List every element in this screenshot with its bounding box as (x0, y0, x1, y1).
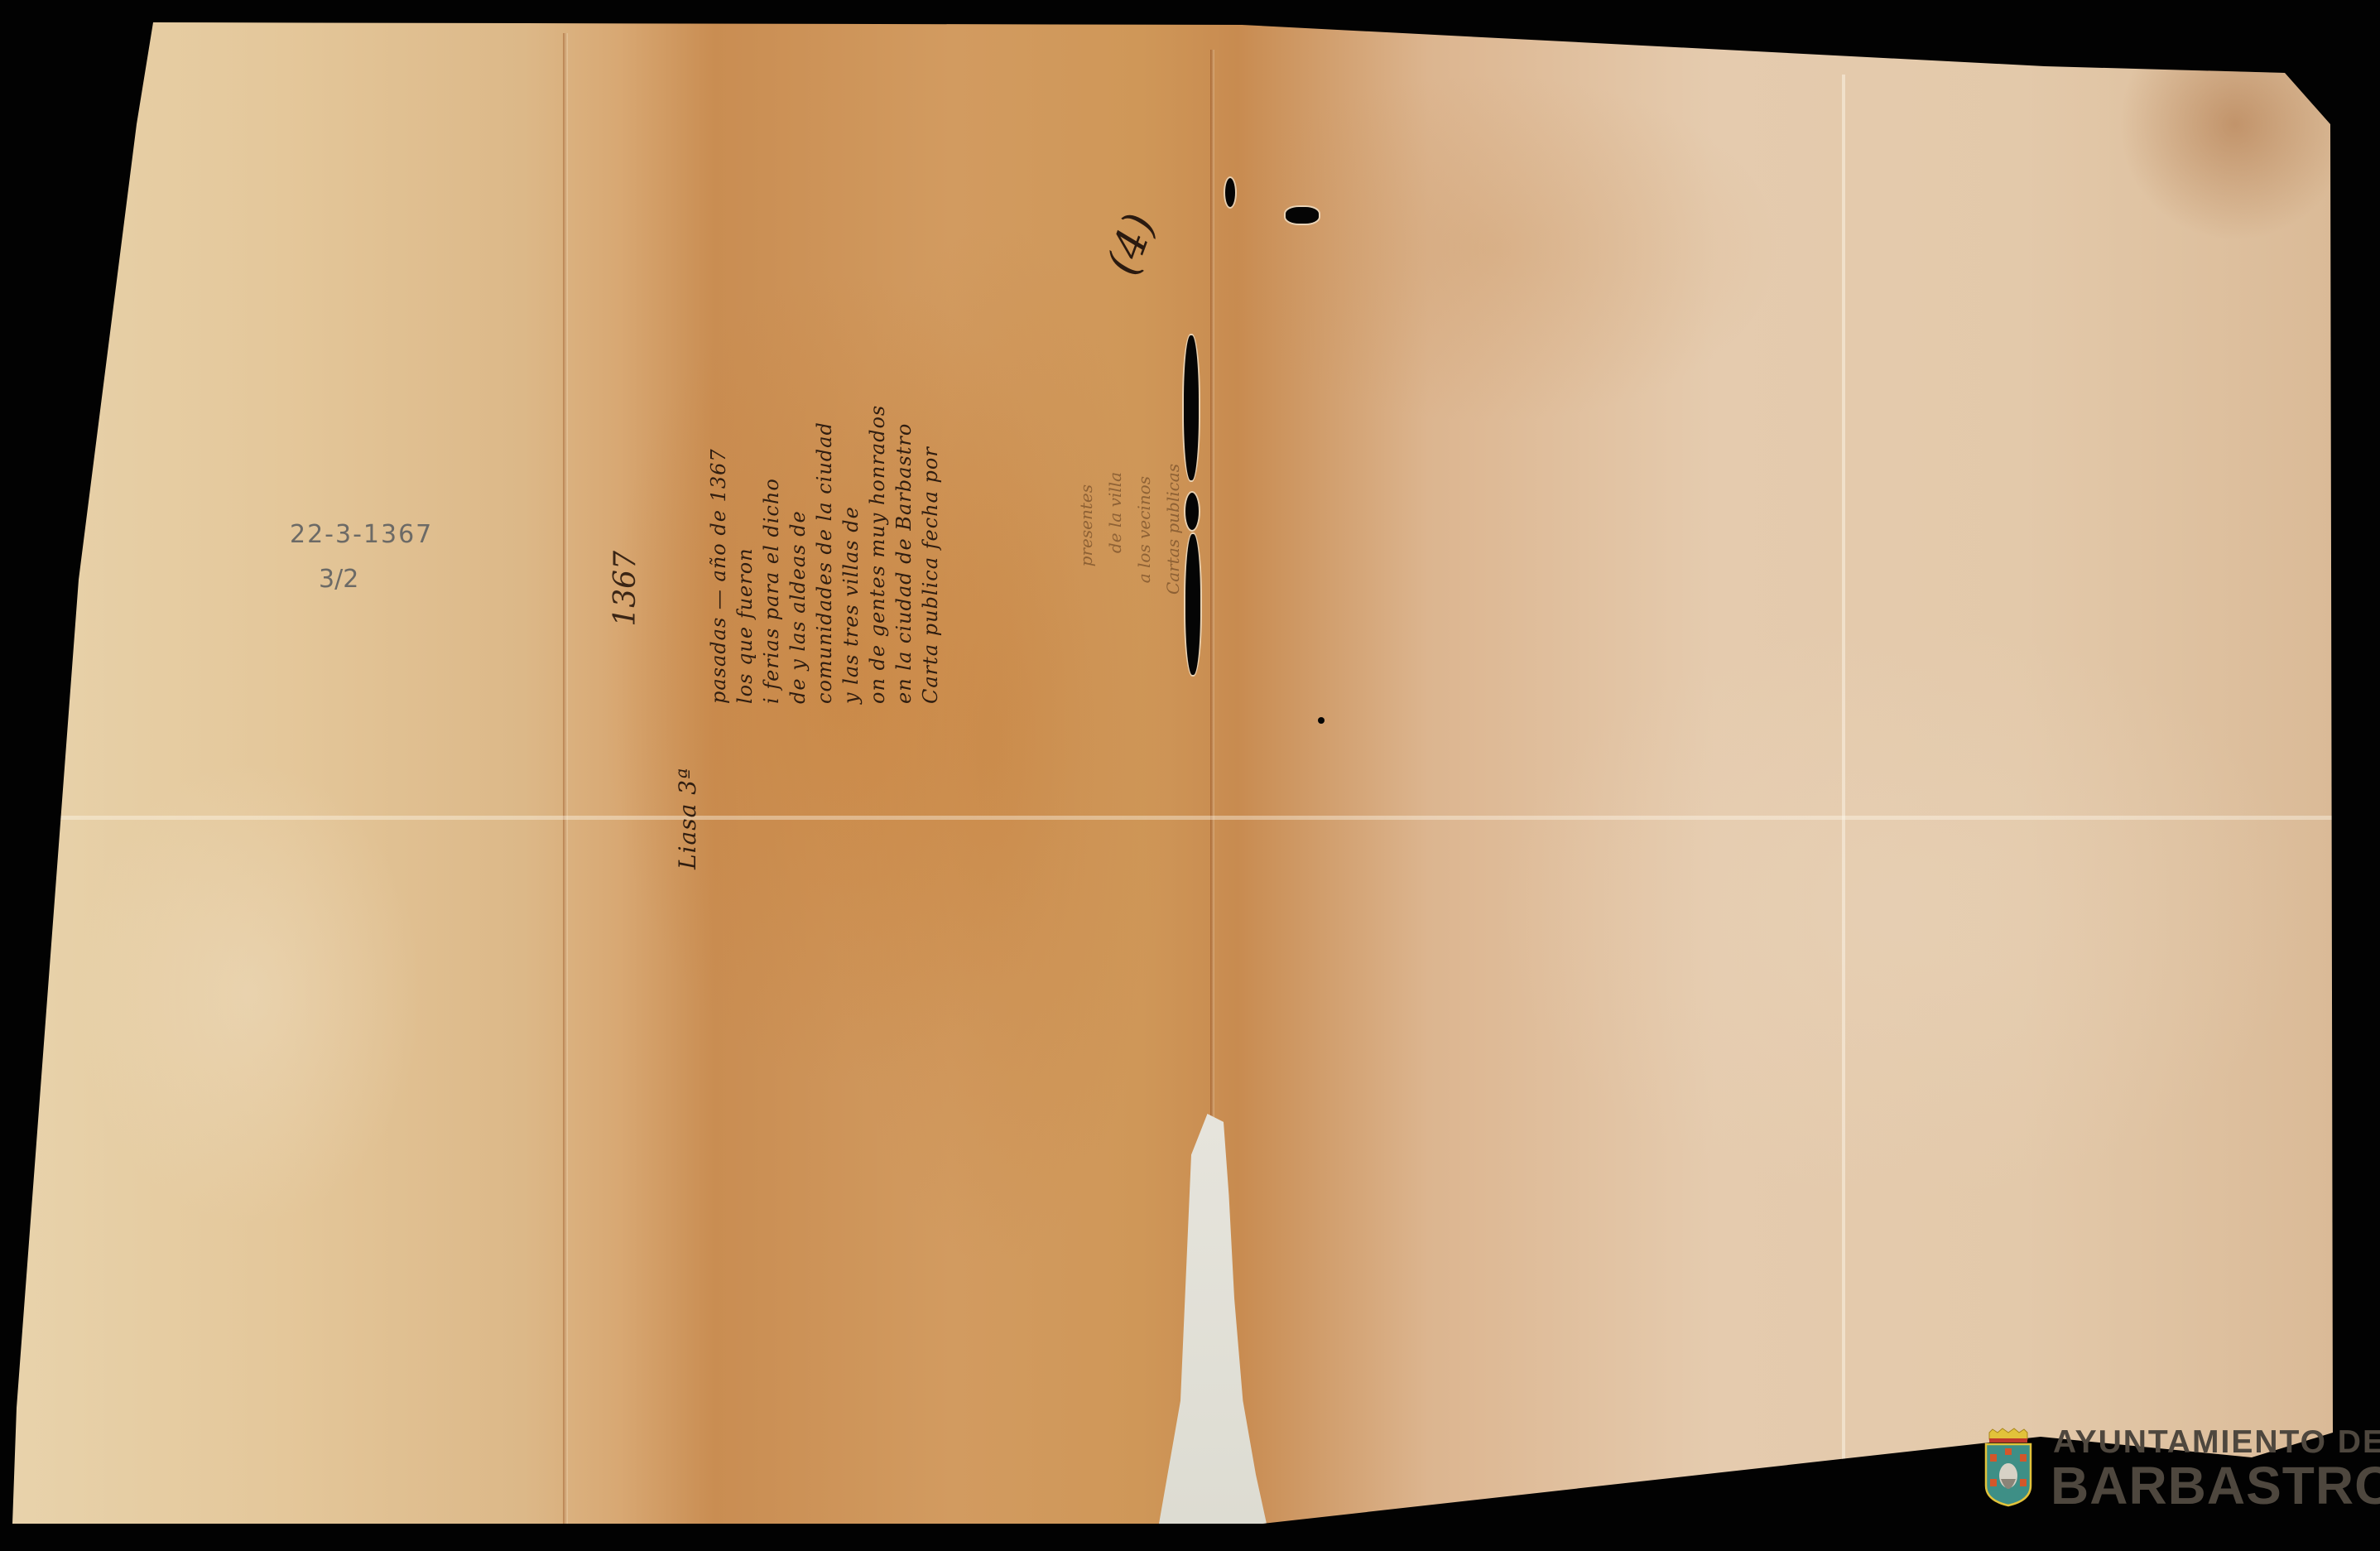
parchment-sheet: 22-3-1367 3/2 (4) Carta publica fecha po… (0, 0, 2380, 1551)
watermark-logo: AYUNTAMIENTO DE BARBASTRO (1983, 1418, 2347, 1517)
docket-line: i ferias para el dicho (760, 389, 783, 704)
watermark-line2: BARBASTRO (2051, 1459, 2380, 1512)
docket-line: y las tres villas de (839, 389, 863, 704)
pencil-date-annotation: 22-3-1367 (290, 520, 433, 549)
signature-line: Liasa 3ª (674, 555, 701, 869)
tear-slit (1185, 534, 1200, 675)
fold-line-right (1842, 75, 1845, 1466)
tear-hole (1286, 207, 1319, 224)
fold-line-horizontal (25, 816, 2334, 820)
photo-background: 22-3-1367 3/2 (4) Carta publica fecha po… (0, 0, 2380, 1551)
docket-line: pasadas — año de 1367 (707, 389, 730, 704)
docket-text-block: Carta publica fecha por en la ciudad de … (679, 389, 944, 704)
docket-line: los que fueron (733, 389, 757, 704)
year-vertical: 1367 (608, 551, 642, 627)
tear-slit (1185, 493, 1199, 530)
faint-line: presentes (1076, 484, 1096, 566)
faint-line: de la villa (1105, 472, 1125, 553)
docket-line: de y las aldeas de (786, 389, 810, 704)
coat-of-arms-icon (1983, 1428, 2034, 1507)
docket-line: on de gentes muy honrados (866, 389, 889, 704)
docket-line: en la ciudad de Barbastro (892, 389, 916, 704)
tear-hole (1225, 178, 1235, 207)
tear-slit (1184, 335, 1199, 480)
folio-mark: (4) (1098, 207, 1166, 282)
fold-line-left (563, 33, 568, 1524)
faint-line: a los vecinos (1134, 476, 1154, 583)
repair-patch (1159, 1114, 1267, 1524)
docket-line: Carta publica fecha por (919, 389, 942, 704)
pencil-reference-annotation: 3/2 (319, 565, 358, 594)
pin-hole (1318, 717, 1325, 724)
docket-line: comunidades de la ciudad (813, 389, 836, 704)
faint-line: Cartas publicas (1163, 464, 1183, 595)
